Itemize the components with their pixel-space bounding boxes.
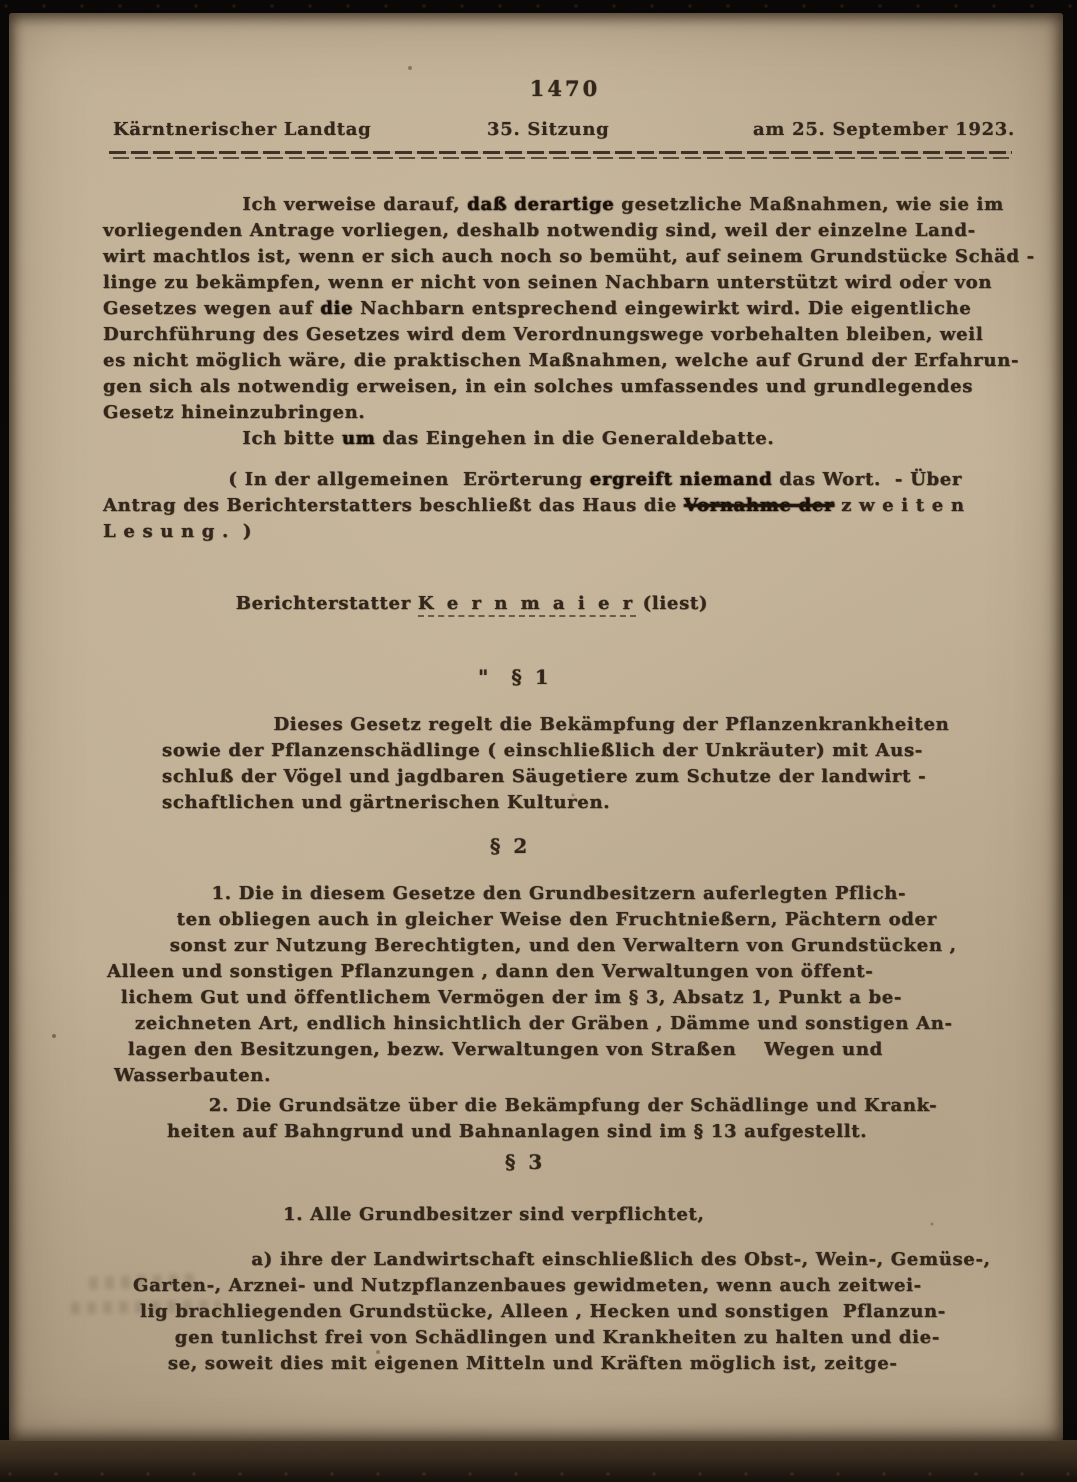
- text-line: lig brachliegenden Grundstücke, Alleen ,…: [133, 1299, 1015, 1325]
- paragraph-procedure-note: ( In der allgemeinen Erörterung ergreift…: [103, 467, 1015, 545]
- page-number: 1470: [109, 76, 1021, 102]
- text-line: Gesetz hineinzubringen.: [103, 400, 1015, 426]
- text-line: Dieses Gesetz regelt die Bekämpfung der …: [162, 712, 1015, 738]
- speaker-name: K e r n m a i e r: [418, 593, 636, 617]
- text-line: L e s u n g . ): [103, 519, 1015, 545]
- text-line: se, soweit dies mit eigenen Mitteln und …: [133, 1351, 1015, 1377]
- section-heading-3: § 3: [505, 1149, 1015, 1175]
- text-line: Gesetzes wegen auf die Nachbarn entsprec…: [103, 296, 1015, 322]
- section-heading-2: § 2: [490, 833, 1015, 859]
- text-line: ( In der allgemeinen Erörterung ergreift…: [103, 467, 1015, 493]
- scan-border-bottom: [0, 1440, 1077, 1482]
- text-line: zeichneten Art, endlich hinsichtlich der…: [107, 1011, 1015, 1037]
- paragraph-section-2-item-1: 1. Die in diesem Gesetze den Grundbesitz…: [107, 881, 1015, 1089]
- paragraph-speech-intro: Ich verweise darauf, daß derartige geset…: [103, 192, 1015, 452]
- text-line: sonst zur Nutzung Berechtigten, und den …: [107, 933, 1015, 959]
- paragraph-section-1: Dieses Gesetz regelt die Bekämpfung der …: [162, 712, 1015, 816]
- paragraph-section-2-item-2: 2. Die Grundsätze über die Bekämpfung de…: [167, 1093, 1015, 1145]
- text-line: a) ihre der Landwirtschaft einschließlic…: [133, 1247, 1015, 1273]
- scanned-page-stage: 1470 Kärntnerischer Landtag 35. Sitzung …: [0, 0, 1077, 1482]
- text-line: wirt machtlos ist, wenn er sich auch noc…: [103, 244, 1015, 270]
- document-page: 1470 Kärntnerischer Landtag 35. Sitzung …: [9, 13, 1063, 1441]
- text-line: Ich verweise darauf, daß derartige geset…: [103, 192, 1015, 218]
- text-line: lichem Gut und öffentlichem Vermögen der…: [107, 985, 1015, 1011]
- text-column: 1470 Kärntnerischer Landtag 35. Sitzung …: [9, 76, 1063, 1377]
- speaker-suffix: (liest): [636, 593, 708, 614]
- header-rule: [109, 151, 1012, 160]
- header-body-name: Kärntnerischer Landtag: [113, 119, 371, 140]
- text-line: ten obliegen auch in gleicher Weise den …: [107, 907, 1015, 933]
- text-line: Alleen und sonstigen Pflanzungen , dann …: [107, 959, 1015, 985]
- text-line: schaftlichen und gärtnerischen Kulturen.: [162, 790, 1015, 816]
- speaker-role: Berichterstatter: [236, 593, 418, 614]
- text-line: linge zu bekämpfen, wenn er nicht von se…: [103, 270, 1015, 296]
- text-line: gen tunlichst frei von Schädlingen und K…: [133, 1325, 1015, 1351]
- paragraph-section-3-item-1: 1. Alle Grundbesitzer sind verpflichtet,: [283, 1202, 1015, 1228]
- text-line: 1. Die in diesem Gesetze den Grundbesitz…: [107, 881, 1015, 907]
- running-header: Kärntnerischer Landtag 35. Sitzung am 25…: [103, 119, 1015, 141]
- text-line: Ich bitte um das Eingehen in die General…: [103, 426, 1015, 452]
- text-line: vorliegenden Antrage vorliegen, deshalb …: [103, 218, 1015, 244]
- dust-specks: [9, 13, 11, 15]
- text-line: gen sich als notwendig erweisen, in ein …: [103, 374, 1015, 400]
- section-heading-1: " § 1: [478, 664, 1015, 690]
- text-line: Antrag des Berichterstatters beschließt …: [103, 493, 1015, 519]
- text-line: 1. Alle Grundbesitzer sind verpflichtet,: [283, 1202, 1015, 1228]
- text-line: lagen den Besitzungen, bezw. Verwaltunge…: [107, 1037, 1015, 1063]
- text-line: heiten auf Bahngrund und Bahnanlagen sin…: [167, 1119, 1015, 1145]
- text-line: Wasserbauten.: [107, 1063, 1015, 1089]
- paragraph-section-3-letter-a: a) ihre der Landwirtschaft einschließlic…: [133, 1247, 1015, 1377]
- scan-border-top: [0, 0, 1077, 13]
- header-date: am 25. September 1923.: [753, 119, 1015, 140]
- text-line: Garten-, Arznei- und Nutzpflanzenbaues g…: [133, 1273, 1015, 1299]
- text-line: schluß der Vögel und jagdbaren Säugetier…: [162, 764, 1015, 790]
- speaker-line: Berichterstatter K e r n m a i e r (lies…: [180, 565, 1015, 643]
- text-line: sowie der Pflanzenschädlinge ( einschlie…: [162, 738, 1015, 764]
- text-line: es nicht möglich wäre, die praktischen M…: [103, 348, 1015, 374]
- header-session: 35. Sitzung: [487, 119, 609, 140]
- text-line: Durchführung des Gesetzes wird dem Veror…: [103, 322, 1015, 348]
- text-line: 2. Die Grundsätze über die Bekämpfung de…: [167, 1093, 1015, 1119]
